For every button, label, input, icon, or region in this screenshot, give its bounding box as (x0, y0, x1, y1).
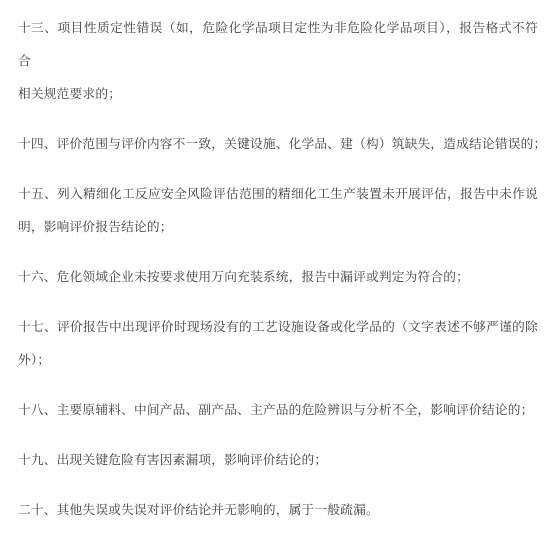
clause-15-line-1: 十五、列入精细化工反应安全风险评估范围的精细化工生产装置未开展评估，报告中未作说 (18, 178, 538, 211)
clause-19: 十九、出现关键危险有害因素漏项，影响评价结论的； (18, 444, 538, 477)
clause-18-line-1: 十八、主要原辅料、中间产品、副产品、主产品的危险辨识与分析不全，影响评价结论的； (18, 394, 538, 427)
clause-17-line-2: 外）； (18, 344, 538, 377)
clause-15-line-2: 明，影响评价报告结论的； (18, 211, 538, 244)
clause-14: 十四、评价范围与评价内容不一致，关键设施、化学品、建（构）筑缺失，造成结论错误的… (18, 128, 538, 161)
clause-16: 十六、危化领域企业未按要求使用万向充装系统，报告中漏评或判定为符合的； (18, 261, 538, 294)
clause-18: 十八、主要原辅料、中间产品、副产品、主产品的危险辨识与分析不全，影响评价结论的； (18, 394, 538, 427)
clause-16-line-1: 十六、危化领域企业未按要求使用万向充装系统，报告中漏评或判定为符合的； (18, 261, 538, 294)
clause-13-line-1: 十三、项目性质定性错误（如，危险化学品项目定性为非危险化学品项目），报告格式不符… (18, 12, 538, 78)
clause-13-line-2: 相关规范要求的； (18, 78, 538, 111)
document-body: 十三、项目性质定性错误（如，危险化学品项目定性为非危险化学品项目），报告格式不符… (0, 0, 556, 538)
clause-20-line-1: 二十、其他失误或失误对评价结论并无影响的，属于一般疏漏。 (18, 494, 538, 527)
clause-20: 二十、其他失误或失误对评价结论并无影响的，属于一般疏漏。 (18, 494, 538, 527)
clause-13: 十三、项目性质定性错误（如，危险化学品项目定性为非危险化学品项目），报告格式不符… (18, 12, 538, 111)
clause-17-line-1: 十七、评价报告中出现评价时现场没有的工艺设施设备或化学品的（文字表述不够严谨的除 (18, 311, 538, 344)
clause-14-line-1: 十四、评价范围与评价内容不一致，关键设施、化学品、建（构）筑缺失，造成结论错误的… (18, 128, 538, 161)
clause-15: 十五、列入精细化工反应安全风险评估范围的精细化工生产装置未开展评估，报告中未作说… (18, 178, 538, 244)
clause-19-line-1: 十九、出现关键危险有害因素漏项，影响评价结论的； (18, 444, 538, 477)
clause-17: 十七、评价报告中出现评价时现场没有的工艺设施设备或化学品的（文字表述不够严谨的除… (18, 311, 538, 377)
